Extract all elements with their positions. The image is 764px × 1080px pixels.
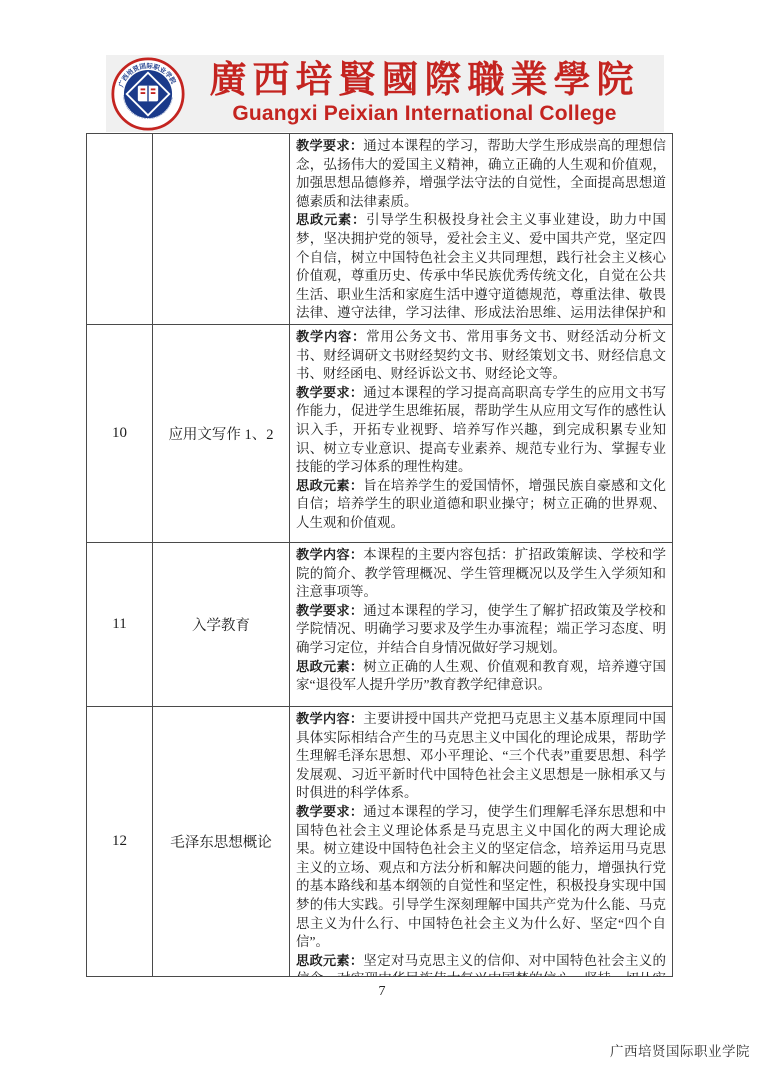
page-number: 7: [0, 984, 764, 1000]
section-label: 教学要求：: [296, 603, 363, 618]
course-name-cell: 毛泽东思想概论: [153, 707, 290, 976]
section-paragraph: 思政元素：旨在培养学生的爱国情怀，增强民族自豪感和文化自信；培养学生的职业道德和…: [296, 477, 666, 533]
course-description-cell: 教学内容：常用公务文书、常用事务文书、财经活动分析文书、财经调研文书财经契约文书…: [290, 325, 672, 542]
course-name-cell: 入学教育: [153, 543, 290, 706]
section-paragraph: 教学要求：通过本课程的学习，使学生了解扩招政策及学校和学院情况、明确学习要求及学…: [296, 602, 666, 658]
logo-book-icon: [138, 85, 158, 101]
college-logo-svg: 广西培贤国际职业学院 GUANGXI PEIXIAN INTERNATIONAL…: [111, 57, 185, 131]
college-title-en: Guangxi Peixian International College: [232, 102, 616, 126]
section-paragraph: 思政元素：树立正确的人生观、价值观和教育观，培养遵守国家“退役军人提升学历”教育…: [296, 658, 666, 695]
course-description-cell: 教学内容：主要讲授中国共产党把马克思主义基本原理同中国具体实际相结合产生的马克思…: [290, 707, 672, 976]
table-row: 10 应用文写作 1、2 教学内容：常用公务文书、常用事务文书、财经活动分析文书…: [87, 324, 672, 542]
college-titles: 廣西培賢國際職業學院 Guangxi Peixian International…: [185, 62, 664, 126]
section-label: 教学内容：: [296, 711, 363, 726]
section-paragraph: 教学内容：常用公务文书、常用事务文书、财经活动分析文书、财经调研文书财经契约文书…: [296, 328, 666, 384]
course-number-cell: 12: [87, 707, 153, 976]
footer-watermark: 广西培贤国际职业学院: [610, 1040, 750, 1060]
section-label: 思政元素：: [296, 953, 363, 968]
college-header: 广西培贤国际职业学院 GUANGXI PEIXIAN INTERNATIONAL…: [106, 55, 664, 132]
section-paragraph: 教学内容：主要讲授中国共产党把马克思主义基本原理同中国具体实际相结合产生的马克思…: [296, 710, 666, 803]
section-paragraph: 教学要求：通过本课程的学习，使学生们理解毛泽东思想和中国特色社会主义理论体系是马…: [296, 803, 666, 952]
course-name-cell: 应用文写作 1、2: [153, 325, 290, 542]
course-description-cell: 教学要求：通过本课程的学习，帮助大学生形成崇高的理想信念，弘扬伟大的爱国主义精神…: [290, 134, 672, 324]
section-label: 教学要求：: [296, 385, 363, 400]
section-paragraph: 教学内容：本课程的主要内容包括：扩招政策解读、学校和学院的简介、教学管理概况、学…: [296, 546, 666, 602]
section-text: 通过本课程的学习，使学生们理解毛泽东思想和中国特色社会主义理论体系是马克思主义中…: [296, 804, 666, 949]
section-label: 思政元素：: [296, 212, 366, 227]
document-page: 广西培贤国际职业学院 GUANGXI PEIXIAN INTERNATIONAL…: [0, 0, 764, 1080]
college-logo-icon: 广西培贤国际职业学院 GUANGXI PEIXIAN INTERNATIONAL…: [111, 57, 185, 131]
section-label: 教学要求：: [296, 138, 363, 153]
section-label: 教学内容：: [296, 329, 366, 344]
table-row: 11 入学教育 教学内容：本课程的主要内容包括：扩招政策解读、学校和学院的简介、…: [87, 542, 672, 706]
course-description-cell: 教学内容：本课程的主要内容包括：扩招政策解读、学校和学院的简介、教学管理概况、学…: [290, 543, 672, 706]
course-table: 教学要求：通过本课程的学习，帮助大学生形成崇高的理想信念，弘扬伟大的爱国主义精神…: [86, 133, 673, 977]
section-paragraph: 思政元素：引导学生积极投身社会主义事业建设，助力中国梦，坚决拥护党的领导，爱社会…: [296, 211, 666, 324]
section-label: 教学内容：: [296, 547, 363, 562]
course-number-cell: [87, 134, 153, 324]
table-row: 12 毛泽东思想概论 教学内容：主要讲授中国共产党把马克思主义基本原理同中国具体…: [87, 706, 672, 976]
section-paragraph: 教学要求：通过本课程的学习提高高职高专学生的应用文书写作能力，促进学生思维拓展，…: [296, 384, 666, 477]
college-title-zh: 廣西培賢國際職業學院: [210, 62, 640, 99]
section-paragraph: 教学要求：通过本课程的学习，帮助大学生形成崇高的理想信念，弘扬伟大的爱国主义精神…: [296, 137, 666, 211]
section-text: 引导学生积极投身社会主义事业建设，助力中国梦，坚决拥护党的领导，爱社会主义、爱中…: [296, 212, 666, 324]
course-number-cell: 10: [87, 325, 153, 542]
section-label: 教学要求：: [296, 804, 363, 819]
section-paragraph: 思政元素：坚定对马克思主义的信仰、对中国特色社会主义的信念、对实现中华民族伟大复…: [296, 952, 666, 976]
course-number-cell: 11: [87, 543, 153, 706]
section-label: 思政元素：: [296, 659, 363, 674]
table-row: 教学要求：通过本课程的学习，帮助大学生形成崇高的理想信念，弘扬伟大的爱国主义精神…: [87, 134, 672, 324]
course-name-cell: [153, 134, 290, 324]
section-label: 思政元素：: [296, 478, 363, 493]
